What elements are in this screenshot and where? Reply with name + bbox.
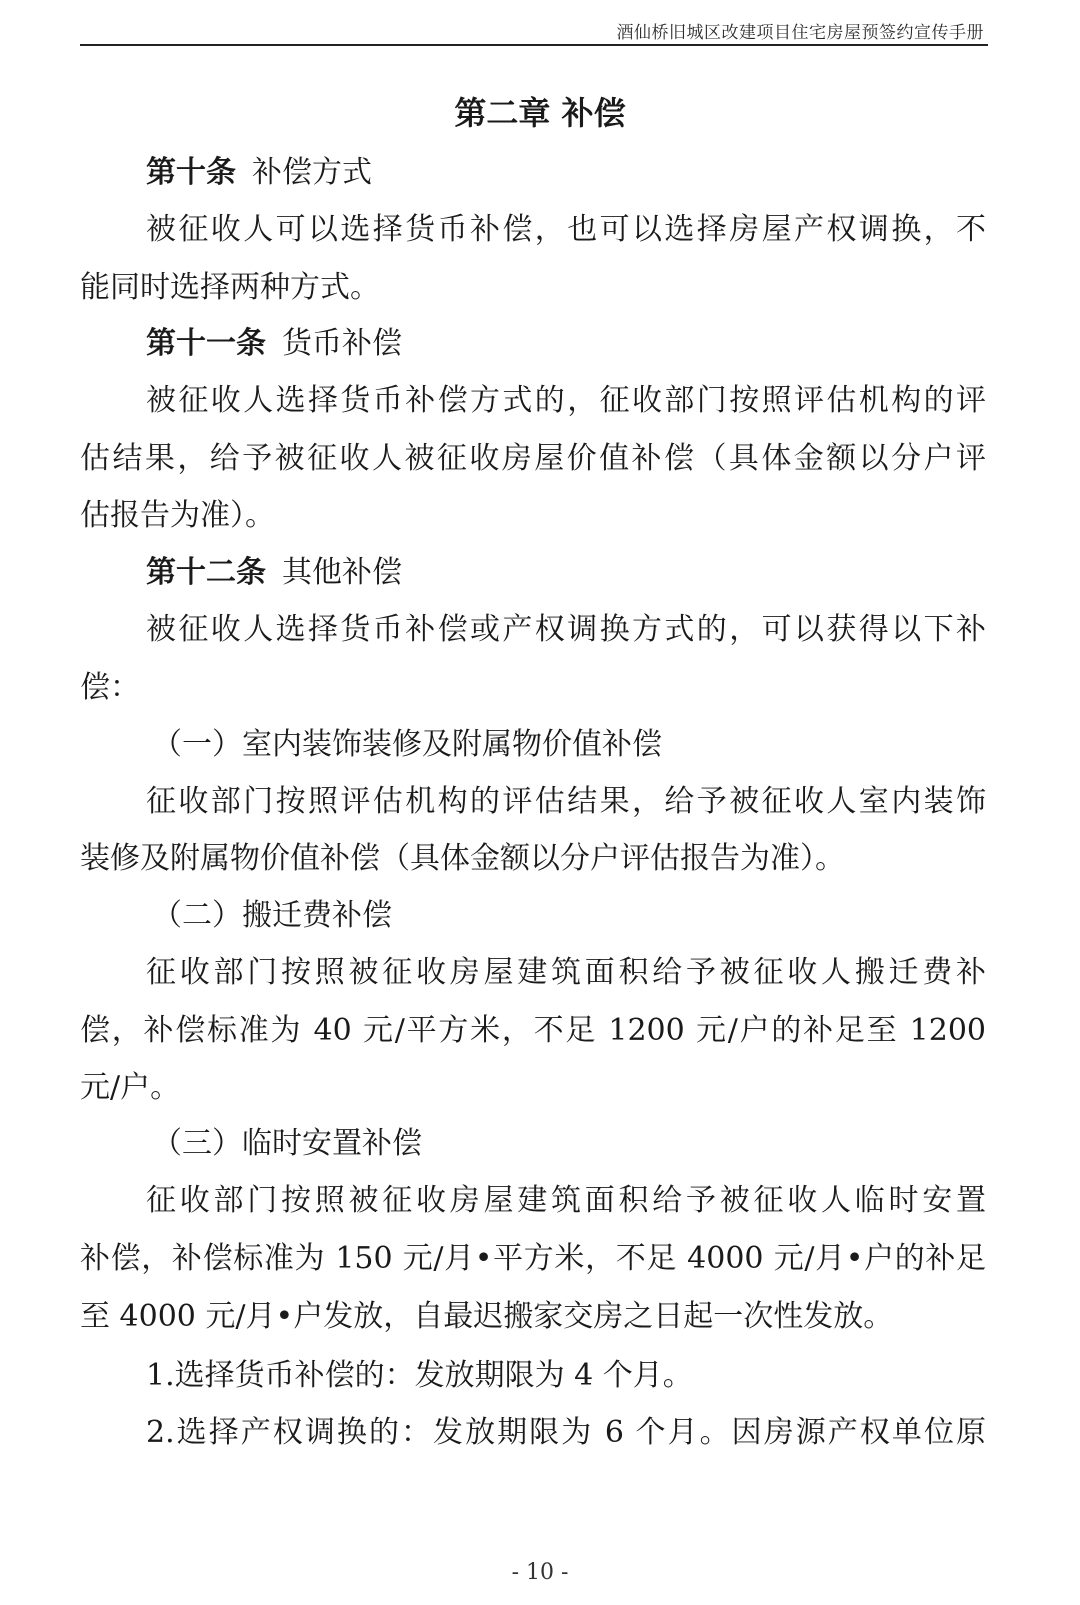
paragraph-line: 至 4000 元/月•户发放，自最迟搬家交房之日起一次性发放。 [80,1288,986,1345]
section-heading: （三）临时安置补偿 [80,1115,986,1172]
paragraph-line: 装修及附属物价值补偿（具体金额以分户评估报告为准）。 [80,830,986,887]
article-title: 其他补偿 [282,555,402,590]
section-heading: （一）室内装饰装修及附属物价值补偿 [80,716,986,773]
article-title: 货币补偿 [282,326,402,361]
article-number: 第十二条 [146,555,266,590]
paragraph-line: 补偿，补偿标准为 150 元/月•平方米，不足 4000 元/月•户的补足 [80,1230,986,1287]
paragraph-line: 偿： [80,659,986,716]
paragraph-line: 被征收人选择货币补偿或产权调换方式的，可以获得以下补 [80,601,986,658]
paragraph-line: 征收部门按照被征收房屋建筑面积给予被征收人临时安置 [80,1172,986,1229]
paragraph-line: 征收部门按照评估机构的评估结果，给予被征收人室内装饰 [80,773,986,830]
article-heading: 第十二条其他补偿 [80,544,986,601]
paragraph-line: 被征收人可以选择货币补偿，也可以选择房屋产权调换，不 [80,201,986,258]
section-heading: （二）搬迁费补偿 [80,887,986,944]
article-heading: 第十一条货币补偿 [80,315,986,372]
article-heading: 第十条补偿方式 [80,144,986,201]
paragraph-line: 偿，补偿标准为 40 元/平方米，不足 1200 元/户的补足至 1200 [80,1002,986,1059]
article-title: 补偿方式 [252,155,372,190]
paragraph-line: 能同时选择两种方式。 [80,259,986,316]
paragraph-line: 被征收人选择货币补偿方式的，征收部门按照评估机构的评 [80,372,986,429]
paragraph-line: 元/户。 [80,1059,986,1116]
running-header-title: 酒仙桥旧城区改建项目住宅房屋预签约宣传手册 [617,18,985,43]
paragraph-line: 估结果，给予被征收人被征收房屋价值补偿（具体金额以分户评 [80,430,986,487]
list-item: 1.选择货币补偿的：发放期限为 4 个月。 [80,1347,986,1404]
header-divider [80,44,988,46]
paragraph-line: 征收部门按照被征收房屋建筑面积给予被征收人搬迁费补 [80,944,986,1001]
article-number: 第十条 [146,155,236,190]
paragraph-line: 估报告为准）。 [80,487,986,544]
article-number: 第十一条 [146,326,266,361]
page-number: - 10 - [0,1560,1080,1585]
chapter-title: 第二章 补偿 [0,88,1080,134]
list-item: 2.选择产权调换的：发放期限为 6 个月。因房源产权单位原 [80,1404,986,1461]
